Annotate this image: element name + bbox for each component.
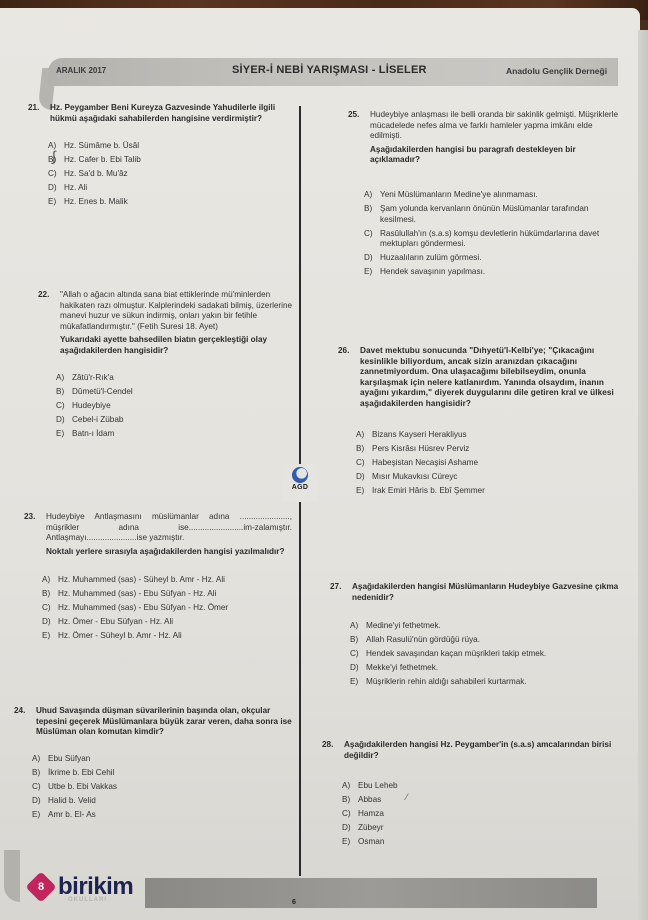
option-b[interactable]: B)Pers Kisrâsı Hüsrev Perviz bbox=[356, 444, 620, 455]
question-stem: Davet mektubu sonucunda "Dıhyetü'l-Kelbi… bbox=[360, 346, 620, 410]
question-number: 24. bbox=[14, 706, 25, 717]
option-a[interactable]: A)Yeni Müslümanların Medine'ye alınmamas… bbox=[364, 190, 624, 201]
option-e[interactable]: E)Hz. Enes b. Malik bbox=[48, 197, 296, 208]
agd-logo: AGD bbox=[283, 464, 317, 502]
options-list: A)Zâtü'r-Rık'a B)Dûmetü'l-Cendel C)Hudey… bbox=[56, 373, 298, 440]
option-b[interactable]: B)İkrime b. Ebi Cehil bbox=[32, 768, 292, 779]
option-a[interactable]: A)Bizans Kayseri Herakliyus bbox=[356, 430, 620, 441]
question-stem: Aşağıdakilerden hangisi Hz. Peygamber'in… bbox=[344, 740, 612, 761]
option-c[interactable]: C)Hz. Muhammed (sas) - Ebu Süfyan - Hz. … bbox=[42, 603, 292, 614]
option-b[interactable]: B)Abbas bbox=[342, 795, 612, 806]
footer-band-tail bbox=[4, 850, 20, 902]
question-stem: Hz. Peygamber Beni Kureyza Gazvesinde Ya… bbox=[50, 103, 296, 124]
question-24: 24. Uhud Savaşında düşman süvarilerinin … bbox=[14, 706, 292, 824]
question-26: 26. Davet mektubu sonucunda "Dıhyetü'l-K… bbox=[338, 346, 620, 499]
option-b[interactable]: B)Dûmetü'l-Cendel bbox=[56, 387, 298, 398]
check-mark-icon: ⁄ bbox=[406, 792, 408, 802]
option-c[interactable]: C)Utbe b. Ebi Vakkas bbox=[32, 782, 292, 793]
question-number: 27. bbox=[330, 582, 341, 593]
question-passage: Hudeybiye anlaşması ile belli oranda bir… bbox=[370, 110, 624, 142]
option-c[interactable]: C)Hendek savaşından kaçan müşrikleri tak… bbox=[350, 649, 620, 660]
option-c[interactable]: C)Hz. Sa'd b. Mu'âz bbox=[48, 169, 296, 180]
option-c[interactable]: C)Hudeybiye bbox=[56, 401, 298, 412]
next-page-edge bbox=[638, 30, 648, 920]
question-stem: Noktalı yerlere sırasıyla aşağıdakilerde… bbox=[46, 547, 292, 558]
option-a[interactable]: A)Medine'yi fethetmek. bbox=[350, 621, 620, 632]
option-d[interactable]: D)Zübeyr bbox=[342, 823, 612, 834]
option-e[interactable]: E)Irak Emiri Hâris b. Ebî Şemmer bbox=[356, 486, 620, 497]
option-c[interactable]: C)Rasûlullah'ın (s.a.s) komşu devletleri… bbox=[364, 229, 624, 250]
question-number: 26. bbox=[338, 346, 349, 357]
option-d[interactable]: D)Mısır Mukavkısı Cüreyc bbox=[356, 472, 620, 483]
agd-logo-text: AGD bbox=[292, 484, 308, 491]
options-list: A)Hz. Muhammed (sas) - Süheyl b. Amr - H… bbox=[42, 575, 292, 642]
options-list: A)Ebu Leheb B)Abbas C)Hamza D)Zübeyr E)O… bbox=[342, 781, 612, 848]
option-d[interactable]: D)Halid b. Velid bbox=[32, 796, 292, 807]
options-list: A)Yeni Müslümanların Medine'ye alınmamas… bbox=[364, 190, 624, 278]
question-number: 28. bbox=[322, 740, 333, 751]
option-d[interactable]: D)Hz. Ömer - Ebu Süfyan - Hz. Ali bbox=[42, 617, 292, 628]
birikim-emblem-icon: 8 bbox=[25, 871, 56, 902]
options-list: A)Bizans Kayseri Herakliyus B)Pers Kisrâ… bbox=[356, 430, 620, 497]
brand-subtitle: OKULLARI bbox=[68, 897, 107, 903]
option-e[interactable]: E)Amr b. El- As bbox=[32, 810, 292, 821]
option-b[interactable]: B)Şam yolunda kervanların önünün Müslüma… bbox=[364, 204, 624, 225]
option-e[interactable]: E)Hendek savaşının yapılması. bbox=[364, 267, 624, 278]
option-e[interactable]: E)Müşriklerin rehin aldığı sahabileri ku… bbox=[350, 677, 620, 688]
option-a[interactable]: A)Ebu Leheb bbox=[342, 781, 612, 792]
option-d[interactable]: D)Cebel-i Zübab bbox=[56, 415, 298, 426]
option-c[interactable]: C)Hamza bbox=[342, 809, 612, 820]
option-b[interactable]: B)Allah Rasulü'nün gördüğü rüya. bbox=[350, 635, 620, 646]
question-stem: Aşağıdakilerden hangisi Müslümanların Hu… bbox=[352, 582, 620, 603]
option-d[interactable]: D)Huzaalıların zulüm görmesi. bbox=[364, 253, 624, 264]
option-a[interactable]: A)Hz. Sümâme b. Üsâl bbox=[48, 141, 296, 152]
question-21: 21. Hz. Peygamber Beni Kureyza Gazvesind… bbox=[28, 103, 296, 211]
option-c[interactable]: C)Habeşistan Necaşisi Ashame bbox=[356, 458, 620, 469]
question-number: 23. bbox=[24, 512, 35, 523]
page-number: 6 bbox=[292, 899, 296, 906]
option-e[interactable]: E)Batn-ı İdam bbox=[56, 429, 298, 440]
question-23: 23. Hudeybiye Antlaşmasını müslümanlar a… bbox=[24, 512, 292, 645]
exam-date: ARALIK 2017 bbox=[56, 66, 106, 75]
exam-title: SİYER-İ NEBİ YARIŞMASI - LİSELER bbox=[232, 64, 427, 76]
question-stem: Uhud Savaşında düşman süvarilerinin başı… bbox=[36, 706, 292, 738]
footer-band bbox=[145, 878, 597, 908]
question-number: 25. bbox=[348, 110, 359, 121]
option-a[interactable]: A)Ebu Süfyan bbox=[32, 754, 292, 765]
options-list: A)Medine'yi fethetmek. B)Allah Rasulü'nü… bbox=[350, 621, 620, 688]
option-b[interactable]: B)Hz. Cafer b. Ebi Talib bbox=[48, 155, 296, 166]
pen-mark-icon: ∫ bbox=[52, 148, 56, 164]
question-stem: Yukarıdaki ayette bahsedilen biatın gerç… bbox=[60, 335, 298, 356]
organization-name: Anadolu Gençlik Derneği bbox=[506, 66, 607, 76]
question-25: 25. Hudeybiye anlaşması ile belli oranda… bbox=[348, 110, 624, 281]
option-d[interactable]: D)Mekke'yi fethetmek. bbox=[350, 663, 620, 674]
question-number: 21. bbox=[28, 103, 39, 114]
option-b[interactable]: B)Hz. Muhammed (sas) - Ebu Süfyan - Hz. … bbox=[42, 589, 292, 600]
question-27: 27. Aşağıdakilerden hangisi Müslümanları… bbox=[330, 582, 620, 691]
question-stem: Aşağıdakilerden hangisi bu paragrafı des… bbox=[370, 145, 624, 166]
option-a[interactable]: A)Zâtü'r-Rık'a bbox=[56, 373, 298, 384]
option-a[interactable]: A)Hz. Muhammed (sas) - Süheyl b. Amr - H… bbox=[42, 575, 292, 586]
option-e[interactable]: E)Hz. Ömer - Süheyl b. Amr - Hz. Ali bbox=[42, 631, 292, 642]
crescent-moon-icon bbox=[292, 467, 308, 483]
option-e[interactable]: E)Osman bbox=[342, 837, 612, 848]
options-list: A)Hz. Sümâme b. Üsâl B)Hz. Cafer b. Ebi … bbox=[48, 141, 296, 208]
option-d[interactable]: D)Hz. Ali bbox=[48, 183, 296, 194]
question-22: 22. "Allah o ağacın altında sana biat et… bbox=[38, 290, 298, 442]
question-28: 28. Aşağıdakilerden hangisi Hz. Peygambe… bbox=[322, 740, 612, 851]
question-passage: "Allah o ağacın altında sana biat ettikl… bbox=[60, 290, 298, 332]
question-passage: Hudeybiye Antlaşmasını müslümanlar adına… bbox=[46, 512, 292, 544]
options-list: A)Ebu Süfyan B)İkrime b. Ebi Cehil C)Utb… bbox=[32, 754, 292, 821]
question-number: 22. bbox=[38, 290, 49, 301]
